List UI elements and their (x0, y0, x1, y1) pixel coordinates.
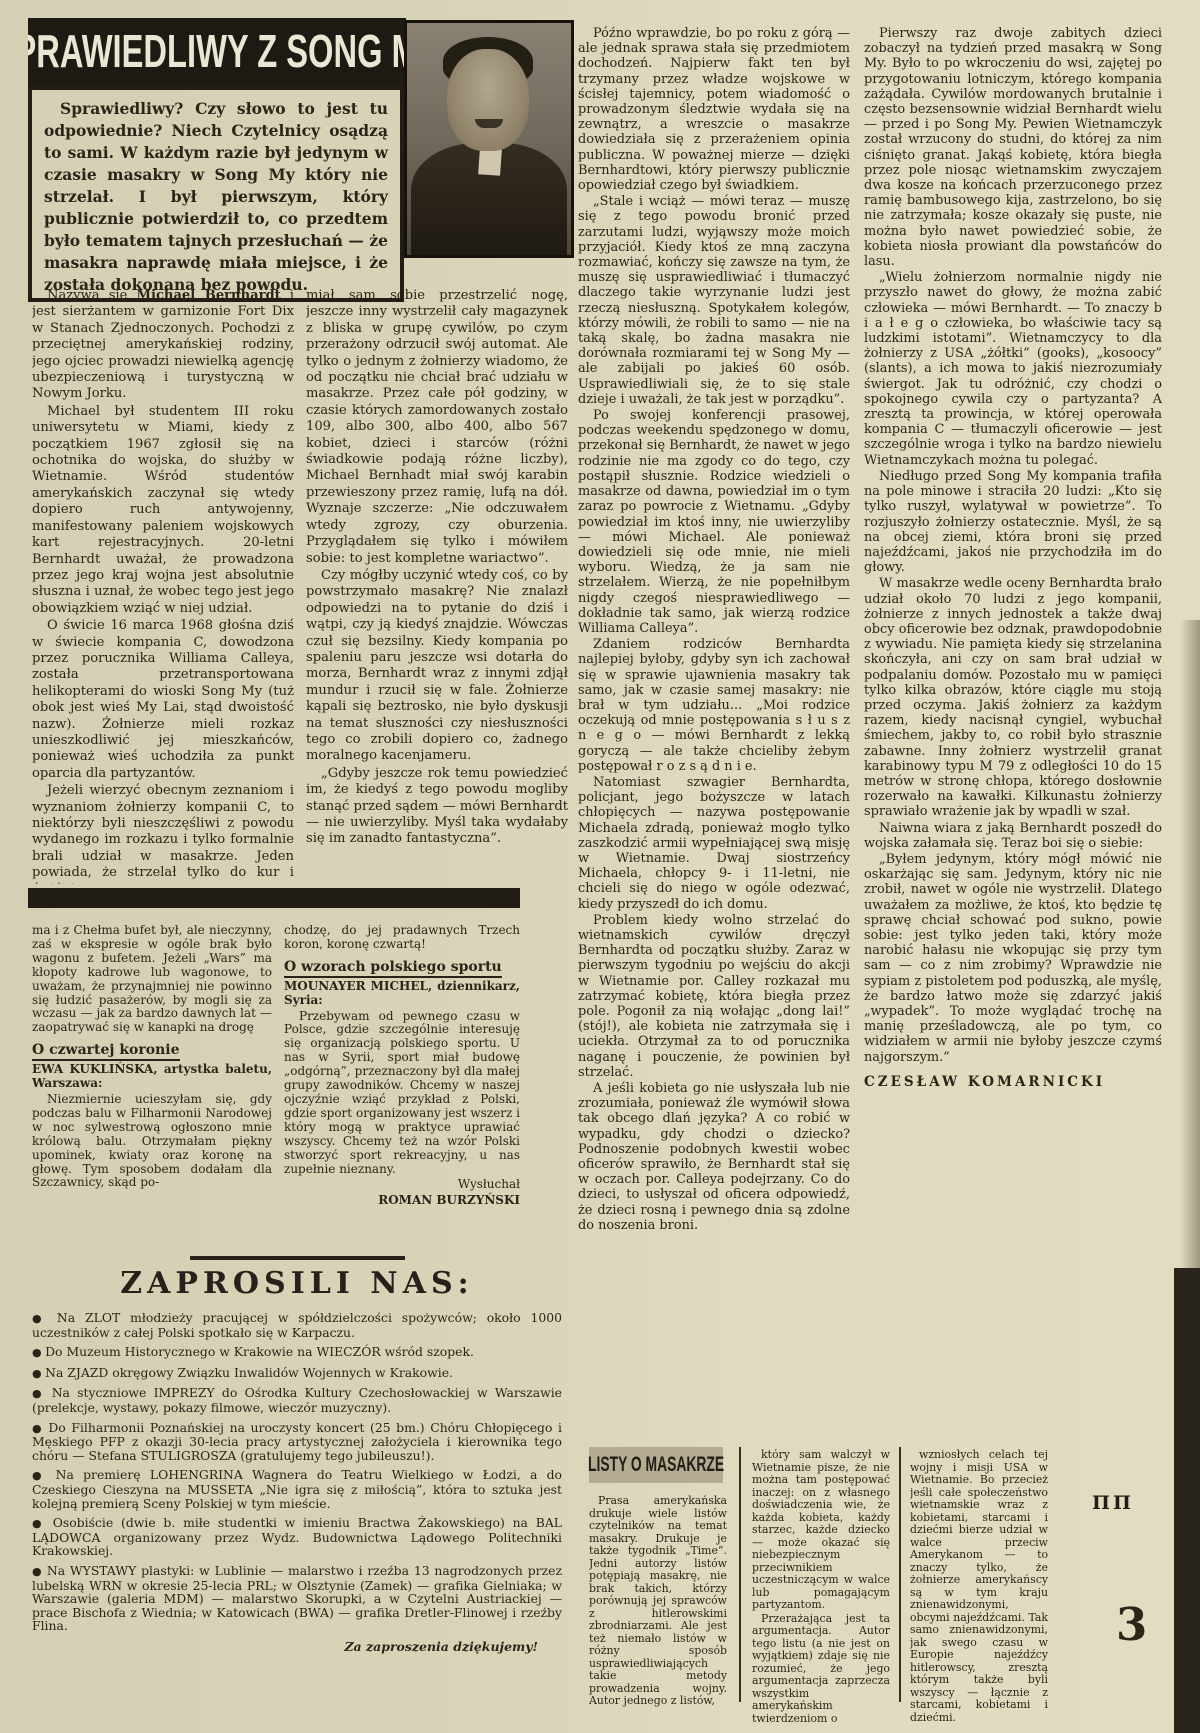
paragraph: Do Muzeum Historycznego w Krakowie na WI… (32, 1345, 562, 1360)
paragraph: ma i z Chełma bufet był, ale nieczynny, … (32, 924, 272, 1035)
paragraph: A jeśli kobieta go nie usłyszała lub nie… (578, 1081, 850, 1233)
readers-heading-korona: O czwartej koronie (32, 1044, 180, 1061)
paragraph: „Byłem jedynym, który mógł mówić nie osk… (864, 852, 1162, 1065)
portrait-face (447, 49, 529, 151)
paragraph: Na ZLOT młodzieży pracującej w spółdziel… (32, 1311, 562, 1339)
paragraph: „Gdyby jeszcze rok temu powiedzieć im, ż… (306, 766, 568, 848)
paragraph: Nazywa się Michael Bernhardt i jest sier… (32, 288, 294, 403)
column-rule-1 (739, 1447, 741, 1702)
paragraph: Problem kiedy wolno strzelać do wietnams… (578, 913, 850, 1080)
scan-edge-dark (1174, 1268, 1200, 1733)
paragraph: Przerażająca jest ta argumentacja. Autor… (752, 1613, 890, 1726)
readers-column-1: ma i z Chełma bufet był, ale nieczynny, … (32, 924, 272, 1260)
paragraph: Późno wprawdzie, bo po roku z górą — ale… (578, 26, 850, 193)
article-column-4: Pierwszy raz dwoje zabitych dzieci zobac… (864, 26, 1162, 1426)
article-title: SPRAWIEDLIWY Z SONG MY (28, 26, 406, 79)
paragraph: Wysłuchał (284, 1178, 520, 1192)
paragraph: EWA KUKLIŃSKA, artystka baletu, Warszawa… (32, 1063, 272, 1091)
readers-heading-sport: O wzorach polskiego sportu (284, 961, 502, 978)
readers-column-2: chodzę, do jej pradawnych Trzech koron, … (284, 924, 520, 1260)
readers-interviewer: ROMAN BURZYŃSKI (284, 1194, 520, 1208)
portrait-collar (478, 148, 502, 175)
letters-column-3: wzniosłych celach tej wojny i misji USA … (910, 1449, 1048, 1731)
letters-column-1: Prasa amerykańska drukuje wiele listów c… (589, 1495, 727, 1723)
paragraph: który sam walczył w Wietnamie pisze, że … (752, 1449, 890, 1612)
letters-section-header: LISTY O MASAKRZE (589, 1447, 723, 1483)
paragraph: Jeżeli wierzyć obecnym zeznaniom i wyzna… (32, 783, 294, 884)
paragraph: „Wielu żołnierzom normalnie nigdy nie pr… (864, 270, 1162, 468)
paragraph: Na styczniowe IMPREZY do Ośrodka Kultury… (32, 1386, 562, 1414)
paragraph: Pierwszy raz dwoje zabitych dzieci zobac… (864, 26, 1162, 269)
paragraph: miał sam sobie przestrzelić nogę, jeszcz… (306, 288, 568, 567)
article-lead-box: Sprawiedliwy? Czy słowo to jest tu odpow… (28, 86, 404, 302)
paragraph: Na ZJAZD okręgowy Związku Inwalidów Woje… (32, 1366, 562, 1381)
paragraph: Zdaniem rodziców Bernhardta najlepiej by… (578, 637, 850, 774)
paragraph: Prasa amerykańska drukuje wiele listów c… (589, 1495, 727, 1708)
article-column-3: Późno wprawdzie, bo po roku z górą — ale… (578, 26, 850, 1426)
invitations-section: ZAPROSILI NAS: Na ZLOT młodzieży pracują… (32, 1256, 562, 1718)
paragraph: Niezmiernie ucieszyłam się, gdy podczas … (32, 1093, 272, 1190)
invitations-rule (190, 1256, 405, 1260)
paragraph: Osobiście (dwie b. miłe studentki w imie… (32, 1516, 562, 1558)
paragraph: Do Filharmonii Poznańskiej na uroczysty … (32, 1421, 562, 1463)
paragraph: wzniosłych celach tej wojny i misji USA … (910, 1449, 1048, 1724)
paragraph: Po swojej konferencji prasowej, podczas … (578, 408, 850, 636)
paragraph: Na premierę LOHENGRINA Wagnera do Teatru… (32, 1468, 562, 1510)
paragraph: Czy mógłby uczynić wtedy coś, co by pows… (306, 568, 568, 765)
article-end-mark: ПП (1092, 1492, 1134, 1514)
invitations-list: Na ZLOT młodzieży pracującej w spółdziel… (32, 1311, 562, 1633)
column-rule-2 (899, 1447, 901, 1702)
newspaper-page: SPRAWIEDLIWY Z SONG MY Sprawiedliwy? Czy… (0, 0, 1200, 1733)
paragraph: Przebywam od pewnego czasu w Polsce, gdz… (284, 1010, 520, 1177)
paragraph: Natomiast szwagier Bernhardta, policjant… (578, 775, 850, 912)
section-divider-bar (28, 888, 520, 908)
page-number: 3 (1116, 1598, 1147, 1651)
article-column-2: miał sam sobie przestrzelić nogę, jeszcz… (306, 288, 568, 884)
portrait-photo (404, 20, 574, 258)
article-masthead: SPRAWIEDLIWY Z SONG MY (28, 18, 406, 86)
invitations-closing: Za zaproszenia dziękujemy! (32, 1639, 538, 1654)
letters-section-title: LISTY O MASAKRZE (588, 1453, 724, 1477)
paragraph: Niedługo przed Song My kompania trafiła … (864, 469, 1162, 575)
article-column-1: Nazywa się Michael Bernhardt i jest sier… (32, 288, 294, 884)
paragraph: Michael był studentem III roku uniwersyt… (32, 404, 294, 617)
paragraph: chodzę, do jej pradawnych Trzech koron, … (284, 924, 520, 952)
invitations-title: ZAPROSILI NAS: (32, 1266, 562, 1301)
paragraph: „Stale i wciąż — mówi teraz — muszę się … (578, 194, 850, 407)
paragraph: W masakrze wedle oceny Bernhardta brało … (864, 576, 1162, 819)
scan-edge-shadow (1180, 620, 1200, 1280)
article-author: CZESŁAW KOMARNICKI (864, 1075, 1162, 1090)
paragraph: Naiwna wiara z jaką Bernhardt poszedł do… (864, 821, 1162, 851)
paragraph: MOUNAYER MICHEL, dziennikarz, Syria: (284, 980, 520, 1008)
article-lead-text: Sprawiedliwy? Czy słowo to jest tu odpow… (44, 98, 388, 296)
paragraph: Na WYSTAWY plastyki: w Lublinie — malars… (32, 1564, 562, 1633)
letters-column-2: który sam walczył w Wietnamie pisze, że … (752, 1449, 890, 1731)
paragraph: O świcie 16 marca 1968 głośna dziś w świ… (32, 618, 294, 782)
